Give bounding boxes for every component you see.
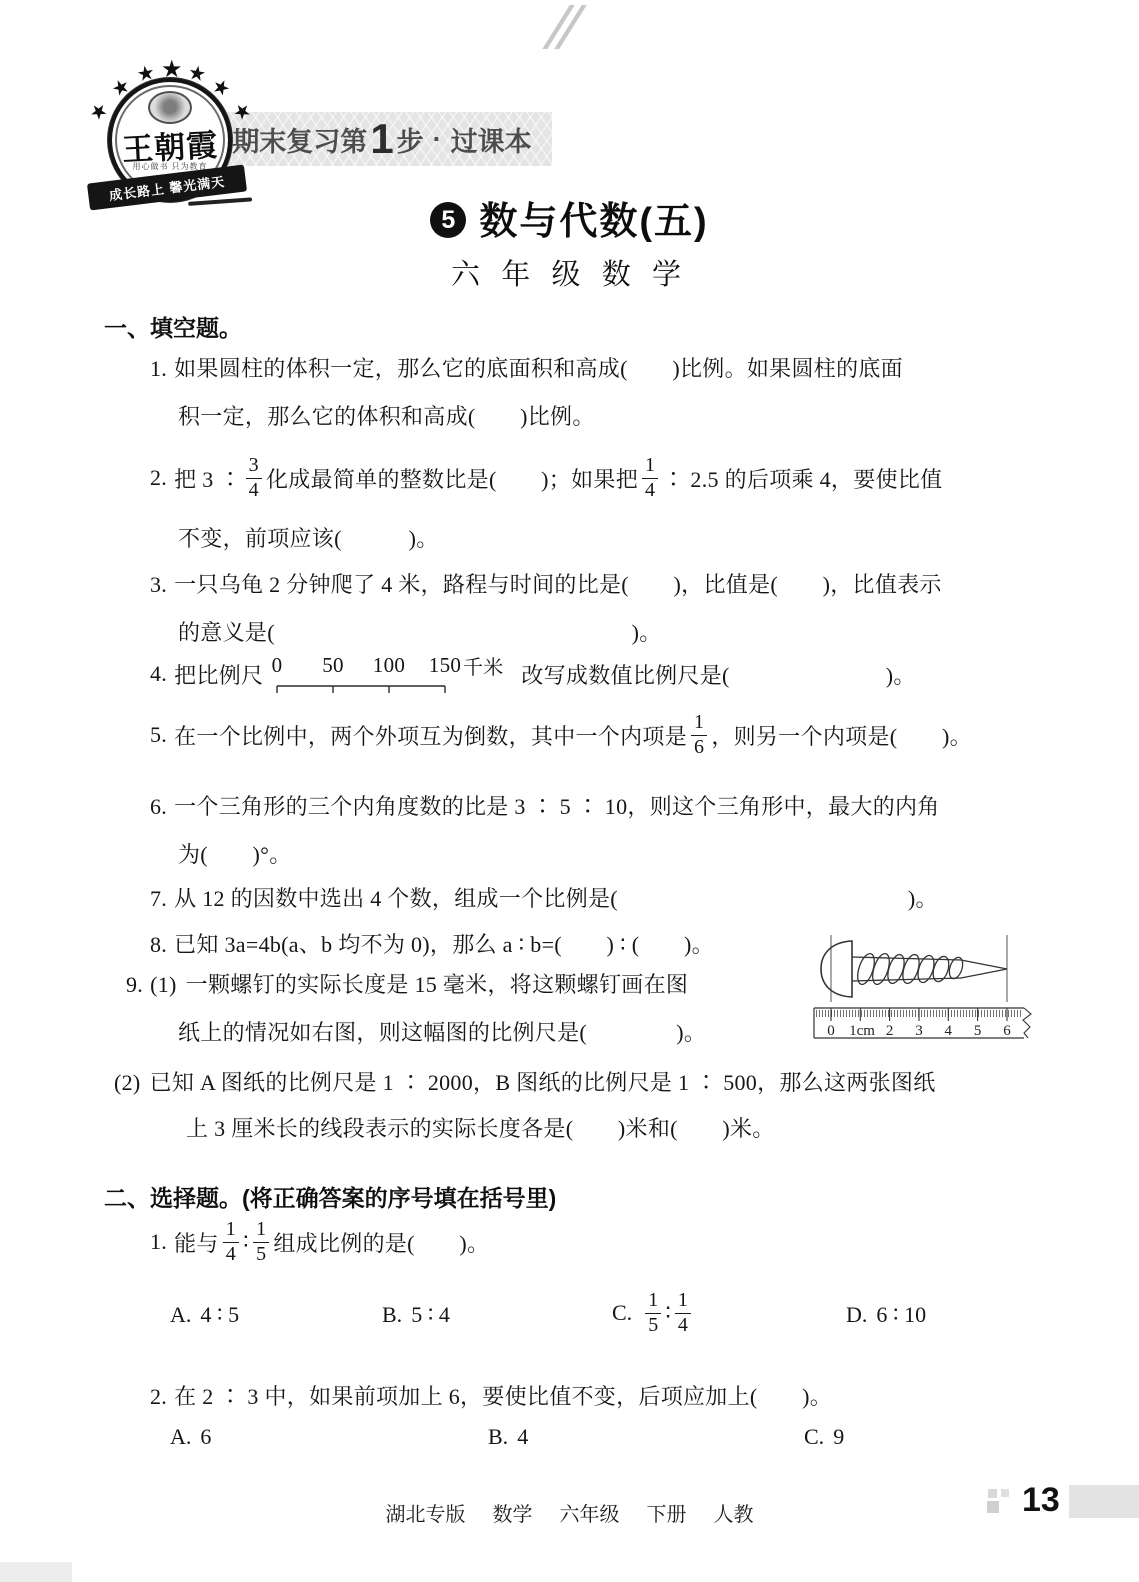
question-9-part1-line-1: 9.(1)一颗螺钉的实际长度是 15 毫米，将这颗螺钉画在图 <box>126 968 688 999</box>
fraction-numerator: 1 <box>645 1290 661 1313</box>
header-banner: 期末复习第 1 步 · 过课本 <box>212 112 552 166</box>
footer-item: 六年级 <box>560 1498 620 1527</box>
footer-square-decoration <box>1001 1489 1009 1497</box>
fraction-denominator: 5 <box>645 1313 661 1336</box>
question-text: 纸上的情况如右图，则这幅图的比例尺是( )。 <box>178 1020 706 1045</box>
unit-number-badge: 5 <box>430 202 466 238</box>
ratio-colon: ∶ <box>243 1229 249 1255</box>
question-text: 能与 <box>174 1227 219 1258</box>
question-text: 如果圆柱的体积一定，那么它的底面积和高成( )比例。如果圆柱的底面 <box>174 356 903 381</box>
svg-text:2: 2 <box>886 1023 894 1039</box>
section2-heading: 二、选择题。(将正确答案的序号填在括号里) <box>104 1180 556 1213</box>
fraction-denominator: 6 <box>691 735 707 758</box>
question-2-line-1: 2. 把 3 ∶ 34 化成最简单的整数比是( )；如果把 14 ∶ 2.5 的… <box>150 449 942 507</box>
map-scale-bar-figure: 0 50 100 150 千米 <box>267 650 517 698</box>
question-3-line-2: 的意义是( )。 <box>178 616 662 647</box>
question-number: 9. <box>126 972 143 997</box>
star-icon: ★ <box>86 99 112 126</box>
question-text: 把 3 ∶ <box>174 463 242 494</box>
banner-text-suffix: 步 <box>397 120 424 159</box>
question-number: 1. <box>150 356 167 381</box>
question-text: 不变，前项应该( )。 <box>178 526 439 551</box>
footer-item: 人教 <box>714 1498 754 1527</box>
option-value: 5 ∶ 4 <box>411 1302 450 1327</box>
option-value: 4 ∶ 5 <box>200 1302 239 1327</box>
question-number: 2. <box>150 1384 167 1409</box>
fraction-denominator: 4 <box>223 1242 239 1265</box>
fraction: 14 <box>675 1290 691 1336</box>
fraction: 34 <box>246 455 262 501</box>
question-8-line-1: 8.已知 3a=4b(a、b 均不为 0)，那么 a ∶ b=( ) ∶ ( )… <box>150 928 714 959</box>
question-number: 8. <box>150 932 167 957</box>
question-text: 把比例尺 <box>174 659 263 690</box>
question-2-line-2: 不变，前项应该( )。 <box>178 522 439 553</box>
question-number: 3. <box>150 572 167 597</box>
option-label: D. <box>846 1302 867 1327</box>
fraction-numerator: 1 <box>223 1219 239 1242</box>
option-label: B. <box>382 1302 402 1327</box>
option-label: C. <box>612 1300 632 1326</box>
choice-question-2-line-1: 2.在 2 ∶ 3 中，如果前项加上 6，要使比值不变，后项应加上( )。 <box>150 1380 832 1411</box>
question-number: 4. <box>150 661 167 687</box>
svg-text:0: 0 <box>272 653 283 677</box>
option-value: 9 <box>833 1424 844 1449</box>
question-5-line-1: 5. 在一个比例中，两个外项互为倒数，其中一个内项是 16 ，则另一个内项是( … <box>150 706 972 764</box>
svg-text:3: 3 <box>915 1023 923 1039</box>
question-text: 改写成数值比例尺是( )。 <box>521 659 915 690</box>
fraction-numerator: 1 <box>253 1219 269 1242</box>
scan-edge-artifact <box>0 1562 72 1582</box>
page-subtitle: 六 年 级 数 学 <box>0 252 1139 293</box>
question-text: 在一个比例中，两个外项互为倒数，其中一个内项是 <box>174 720 687 751</box>
question-1-line-1: 1.如果圆柱的体积一定，那么它的底面积和高成( )比例。如果圆柱的底面 <box>150 352 903 383</box>
sub-question-number: (1) <box>150 972 177 997</box>
question-3-line-1: 3.一只乌龟 2 分钟爬了 4 米，路程与时间的比是( )，比值是( )，比值表… <box>150 568 942 599</box>
footer-item: 数学 <box>493 1498 533 1527</box>
option-c: C. 15 ∶ 14 <box>612 1284 695 1342</box>
banner-text-tail: 过课本 <box>451 120 532 159</box>
question-text: 在 2 ∶ 3 中，如果前项加上 6，要使比值不变，后项应加上( )。 <box>174 1384 832 1409</box>
unit-title-text: 数与代数(五) <box>479 201 708 243</box>
question-number: 5. <box>150 722 167 748</box>
footer-square-decoration <box>988 1489 997 1498</box>
option-a: A.6 <box>170 1424 211 1450</box>
question-text: 一颗螺钉的实际长度是 15 毫米，将这颗螺钉画在图 <box>186 972 689 997</box>
screw-ruler-drawing: 0 1cm 2 3 4 5 6 <box>810 930 1038 1044</box>
option-b: B.5 ∶ 4 <box>382 1302 450 1328</box>
fraction: 15 <box>645 1290 661 1336</box>
fraction-numerator: 1 <box>675 1290 691 1313</box>
sub-question-number: (2) <box>114 1070 141 1095</box>
option-label: B. <box>488 1424 508 1449</box>
banner-step-number: 1 <box>370 118 393 160</box>
option-label: A. <box>170 1424 191 1449</box>
fraction-numerator: 3 <box>246 455 262 478</box>
fraction: 14 <box>642 455 658 501</box>
question-text: 为( )°。 <box>178 842 292 867</box>
option-value: 6 ∶ 10 <box>876 1302 926 1327</box>
page-number-bar-decoration <box>1069 1485 1139 1518</box>
footer-book-info: 湖北专版 数学 六年级 下册 人教 <box>0 1498 1139 1527</box>
worksheet-page: ★ ★ ★ ★ ★ ★ ★ 王朝霞 用心做书 只为教育 成长路上 馨光满天 期末… <box>0 0 1139 1582</box>
svg-text:6: 6 <box>1003 1023 1011 1039</box>
question-number: 2. <box>150 465 167 491</box>
fraction: 15 <box>253 1219 269 1265</box>
fraction-numerator: 1 <box>691 712 707 735</box>
option-a: A.4 ∶ 5 <box>170 1302 239 1328</box>
question-9-part2-line-1: (2)已知 A 图纸的比例尺是 1 ∶ 2000，B 图纸的比例尺是 1 ∶ 5… <box>114 1066 936 1097</box>
question-text: 积一定，那么它的体积和高成( )比例。 <box>178 404 595 429</box>
question-text: ，则另一个内项是( )。 <box>711 720 972 751</box>
question-9-part1-line-2: 纸上的情况如右图，则这幅图的比例尺是( )。 <box>178 1016 706 1047</box>
question-text: 已知 A 图纸的比例尺是 1 ∶ 2000，B 图纸的比例尺是 1 ∶ 500，… <box>150 1070 936 1095</box>
page-number: 13 <box>1022 1481 1060 1520</box>
banner-dot: · <box>433 124 442 155</box>
question-number: 7. <box>150 886 167 911</box>
svg-text:4: 4 <box>945 1023 953 1039</box>
option-c: C.9 <box>804 1424 844 1450</box>
fraction-numerator: 1 <box>642 455 658 478</box>
screw-ruler-figure: 0 1cm 2 3 4 5 6 <box>810 930 1038 1044</box>
svg-text:50: 50 <box>323 653 345 677</box>
option-d: D.6 ∶ 10 <box>846 1302 926 1328</box>
question-6-line-1: 6.一个三角形的三个内角度数的比是 3 ∶ 5 ∶ 10，则这个三角形中，最大的… <box>150 790 940 821</box>
fraction-denominator: 4 <box>675 1313 691 1336</box>
option-label: C. <box>804 1424 824 1449</box>
svg-text:1cm: 1cm <box>849 1023 875 1039</box>
fraction-denominator: 4 <box>642 478 658 501</box>
option-b: B.4 <box>488 1424 528 1450</box>
svg-text:150: 150 <box>429 653 461 677</box>
brand-badge: ★ ★ ★ ★ ★ ★ ★ 王朝霞 用心做书 只为教育 成长路上 馨光满天 <box>88 58 250 220</box>
svg-text:0: 0 <box>827 1023 835 1039</box>
choice-question-1-line-1: 1. 能与 14 ∶ 15 组成比例的是( )。 <box>150 1213 489 1271</box>
question-text: ∶ 2.5 的后项乘 4，要使比值 <box>662 463 942 494</box>
svg-text:100: 100 <box>373 653 405 677</box>
question-number: 1. <box>150 1229 167 1255</box>
question-text: 化成最简单的整数比是( )；如果把 <box>266 463 638 494</box>
question-number: 6. <box>150 794 167 819</box>
option-value: 4 <box>517 1424 528 1449</box>
question-9-part2-line-2: 上 3 厘米长的线段表示的实际长度各是( )米和( )米。 <box>186 1112 775 1143</box>
footer-item: 湖北专版 <box>386 1498 466 1527</box>
fraction: 14 <box>223 1219 239 1265</box>
question-text: 从 12 的因数中选出 4 个数，组成一个比例是( )。 <box>174 886 938 911</box>
ratio-colon: ∶ <box>665 1300 671 1326</box>
footer-square-decoration <box>987 1501 999 1513</box>
fraction-denominator: 4 <box>246 478 262 501</box>
question-text: 一个三角形的三个内角度数的比是 3 ∶ 5 ∶ 10，则这个三角形中，最大的内角 <box>174 794 940 819</box>
question-text: 的意义是( )。 <box>178 620 662 645</box>
fraction-denominator: 5 <box>253 1242 269 1265</box>
question-text: 已知 3a=4b(a、b 均不为 0)，那么 a ∶ b=( ) ∶ ( )。 <box>174 932 714 957</box>
svg-text:5: 5 <box>974 1023 982 1039</box>
question-text: 上 3 厘米长的线段表示的实际长度各是( )米和( )米。 <box>186 1116 775 1141</box>
fraction: 16 <box>691 712 707 758</box>
question-6-line-2: 为( )°。 <box>178 838 292 869</box>
question-text: 组成比例的是( )。 <box>273 1227 489 1258</box>
banner-text-prefix: 期末复习第 <box>232 120 367 159</box>
portrait-icon <box>148 91 192 124</box>
svg-text:千米: 千米 <box>463 656 504 679</box>
footer-item: 下册 <box>647 1498 687 1527</box>
question-4-line-1: 4. 把比例尺 0 50 100 150 千米 改写成数值比例尺是( )。 <box>150 648 916 700</box>
option-label: A. <box>170 1302 191 1327</box>
option-value: 6 <box>200 1424 211 1449</box>
section1-heading: 一、填空题。 <box>104 310 242 343</box>
question-7-line-1: 7.从 12 的因数中选出 4 个数，组成一个比例是( )。 <box>150 882 938 913</box>
question-1-line-2: 积一定，那么它的体积和高成( )比例。 <box>178 400 595 431</box>
question-text: 一只乌龟 2 分钟爬了 4 米，路程与时间的比是( )，比值是( )，比值表示 <box>174 572 942 597</box>
